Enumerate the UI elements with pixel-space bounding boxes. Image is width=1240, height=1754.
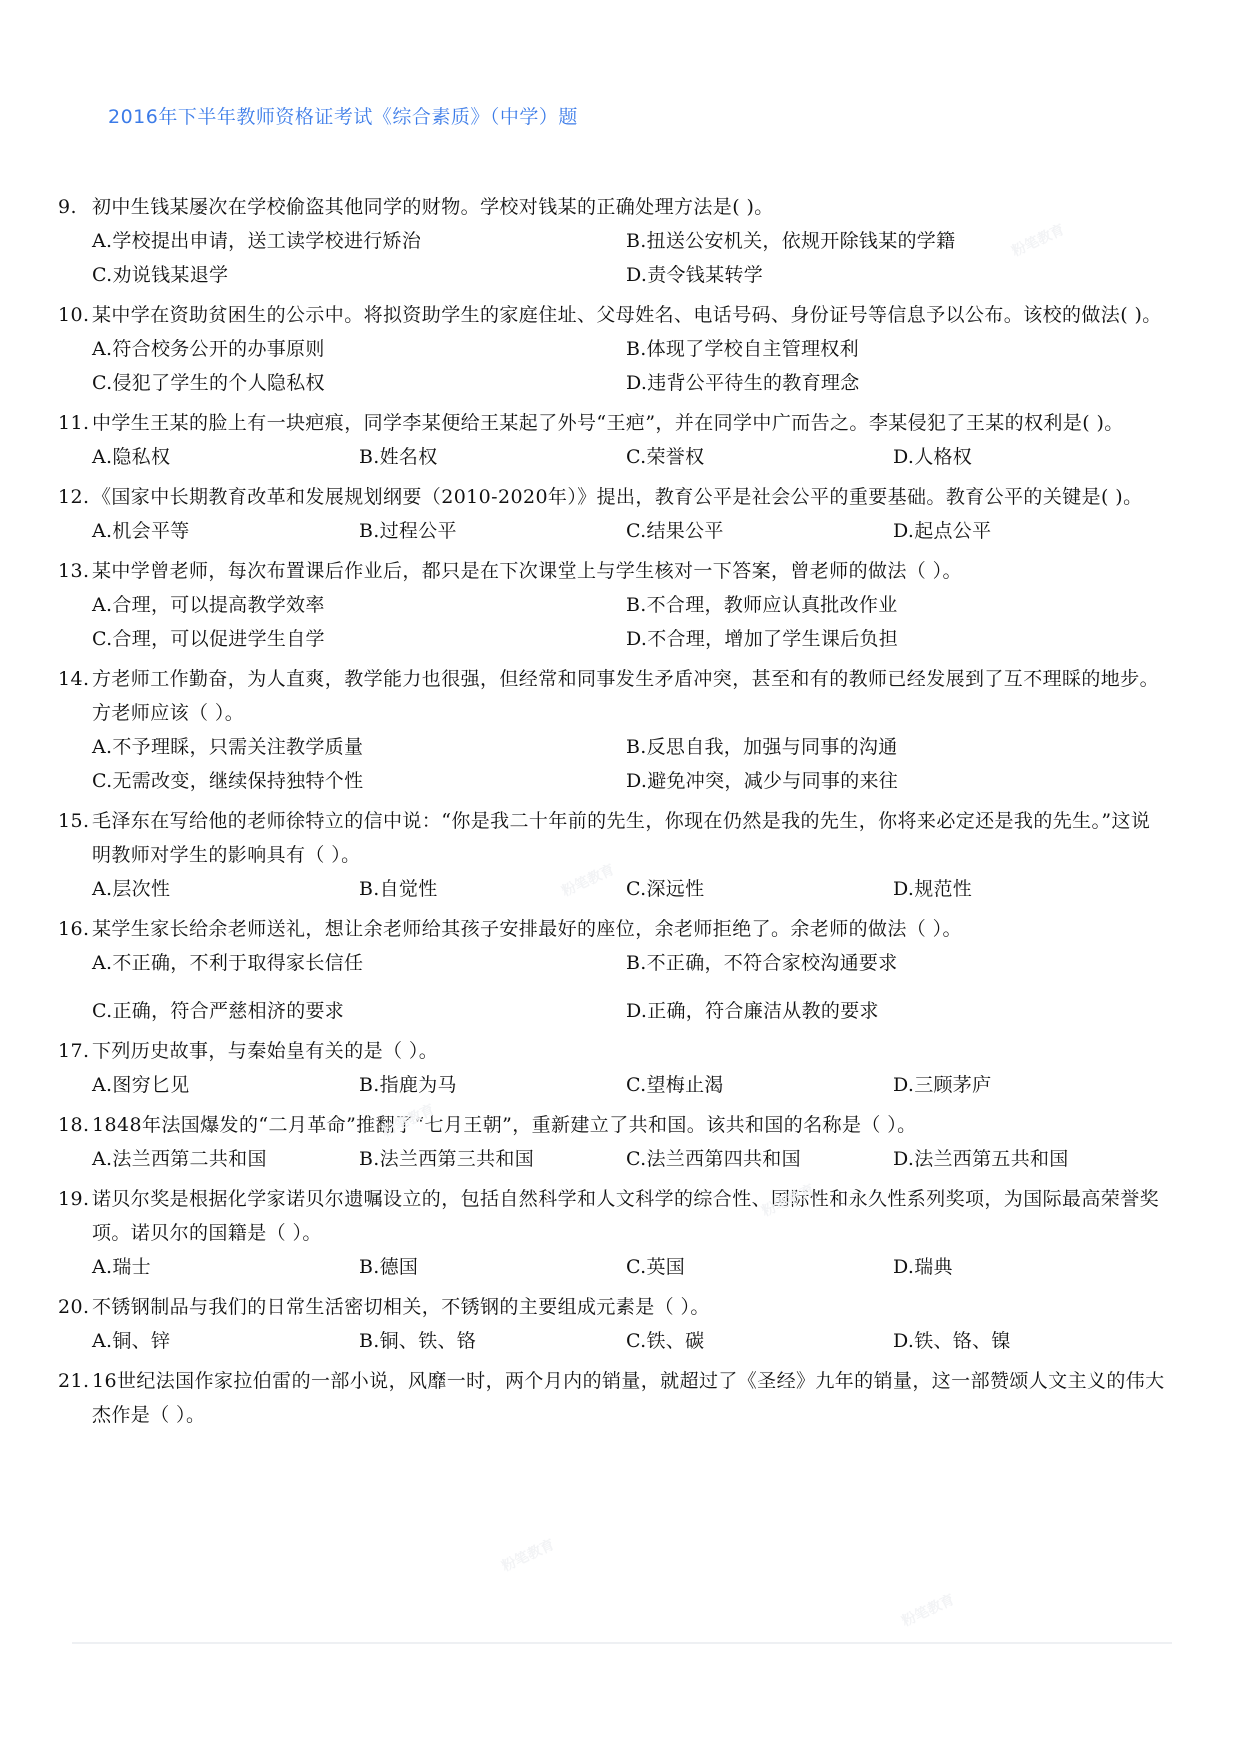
option-c: C.法兰西第四共和国 [626, 1142, 893, 1176]
option-group: A.瑞士 B.德国 C.英国 D.瑞典 [58, 1250, 1168, 1284]
question-stem: 18.1848年法国爆发的“二月革命”推翻了“七月王朝”，重新建立了共和国。该共… [58, 1108, 1168, 1142]
question-stem: 13.某中学曾老师，每次布置课后作业后，都只是在下次课堂上与学生核对一下答案，曾… [58, 554, 1168, 588]
option-a: A.图穷匕见 [92, 1068, 359, 1102]
question-12: 12.《国家中长期教育改革和发展规划纲要（2010-2020年）》提出，教育公平… [58, 480, 1168, 548]
question-14: 14.方老师工作勤奋，为人直爽，教学能力也很强，但经常和同事发生矛盾冲突，甚至和… [58, 662, 1168, 798]
option-a: A.法兰西第二共和国 [92, 1142, 359, 1176]
option-d: D.起点公平 [893, 514, 1160, 548]
question-text: 某中学曾老师，每次布置课后作业后，都只是在下次课堂上与学生核对一下答案，曾老师的… [92, 560, 962, 582]
question-19: 19.诺贝尔奖是根据化学家诺贝尔遗嘱设立的，包括自然科学和人文科学的综合性、国际… [58, 1182, 1168, 1284]
option-d: D.责令钱某转学 [626, 258, 1160, 292]
question-21: 21.16世纪法国作家拉伯雷的一部小说，风靡一时，两个月内的销量，就超过了《圣经… [58, 1364, 1168, 1432]
option-group: A.法兰西第二共和国 B.法兰西第三共和国 C.法兰西第四共和国 D.法兰西第五… [58, 1142, 1168, 1176]
option-d: D.不合理，增加了学生课后负担 [626, 622, 1160, 656]
question-number: 14. [58, 662, 92, 696]
option-a: A.合理，可以提高教学效率 [92, 588, 626, 622]
option-c: C.望梅止渴 [626, 1068, 893, 1102]
option-group: A.隐私权 B.姓名权 C.荣誉权 D.人格权 [58, 440, 1168, 474]
option-a: A.不予理睬，只需关注教学质量 [92, 730, 626, 764]
question-text: 16世纪法国作家拉伯雷的一部小说，风靡一时，两个月内的销量，就超过了《圣经》九年… [92, 1370, 1165, 1426]
question-18: 18.1848年法国爆发的“二月革命”推翻了“七月王朝”，重新建立了共和国。该共… [58, 1108, 1168, 1176]
option-d: D.三顾茅庐 [893, 1068, 1160, 1102]
option-a: A.不正确，不利于取得家长信任 [92, 946, 626, 980]
option-group: A.铜、锌 B.铜、铁、铬 C.铁、碳 D.铁、铬、镍 [58, 1324, 1168, 1358]
option-a: A.机会平等 [92, 514, 359, 548]
question-stem: 10.某中学在资助贫困生的公示中。将拟资助学生的家庭住址、父母姓名、电话号码、身… [58, 298, 1168, 332]
question-stem: 12.《国家中长期教育改革和发展规划纲要（2010-2020年）》提出，教育公平… [58, 480, 1168, 514]
option-d: D.人格权 [893, 440, 1160, 474]
question-number: 13. [58, 554, 92, 588]
question-15: 15.毛泽东在写给他的老师徐特立的信中说：“你是我二十年前的先生，你现在仍然是我… [58, 804, 1168, 906]
option-c: C.侵犯了学生的个人隐私权 [92, 366, 626, 400]
option-c: C.劝说钱某退学 [92, 258, 626, 292]
option-d: D.规范性 [893, 872, 1160, 906]
question-stem: 20.不锈钢制品与我们的日常生活密切相关，不锈钢的主要组成元素是（ ）。 [58, 1290, 1168, 1324]
option-group: A.学校提出申请，送工读学校进行矫治 B.扭送公安机关，依规开除钱某的学籍 C.… [58, 224, 1168, 292]
option-group: A.层次性 B.自觉性 C.深远性 D.规范性 [58, 872, 1168, 906]
watermark: 粉笔教育 [898, 1589, 957, 1631]
option-group: A.机会平等 B.过程公平 C.结果公平 D.起点公平 [58, 514, 1168, 548]
option-b: B.体现了学校自主管理权利 [626, 332, 1160, 366]
question-number: 17. [58, 1034, 92, 1068]
question-17: 17.下列历史故事，与秦始皇有关的是（ ）。 A.图穷匕见 B.指鹿为马 C.望… [58, 1034, 1168, 1102]
question-stem: 9.初中生钱某屡次在学校偷盗其他同学的财物。学校对钱某的正确处理方法是( )。 [58, 190, 1168, 224]
option-b: B.自觉性 [359, 872, 626, 906]
option-a: A.隐私权 [92, 440, 359, 474]
question-number: 20. [58, 1290, 92, 1324]
option-a: A.铜、锌 [92, 1324, 359, 1358]
question-text: 某学生家长给余老师送礼，想让余老师给其孩子安排最好的座位，余老师拒绝了。余老师的… [92, 918, 962, 940]
question-text: 初中生钱某屡次在学校偷盗其他同学的财物。学校对钱某的正确处理方法是( )。 [92, 196, 774, 218]
question-stem: 14.方老师工作勤奋，为人直爽，教学能力也很强，但经常和同事发生矛盾冲突，甚至和… [58, 662, 1168, 730]
option-group: A.图穷匕见 B.指鹿为马 C.望梅止渴 D.三顾茅庐 [58, 1068, 1168, 1102]
option-group: A.符合校务公开的办事原则 B.体现了学校自主管理权利 C.侵犯了学生的个人隐私… [58, 332, 1168, 400]
option-d: D.避免冲突，减少与同事的来往 [626, 764, 1160, 798]
question-list: 9.初中生钱某屡次在学校偷盗其他同学的财物。学校对钱某的正确处理方法是( )。 … [58, 190, 1168, 1432]
option-c: C.深远性 [626, 872, 893, 906]
question-number: 19. [58, 1182, 92, 1216]
question-number: 15. [58, 804, 92, 838]
option-b: B.反思自我，加强与同事的沟通 [626, 730, 1160, 764]
option-c: C.正确，符合严慈相济的要求 [92, 994, 626, 1028]
question-number: 10. [58, 298, 92, 332]
option-a: A.层次性 [92, 872, 359, 906]
question-20: 20.不锈钢制品与我们的日常生活密切相关，不锈钢的主要组成元素是（ ）。 A.铜… [58, 1290, 1168, 1358]
option-c: C.结果公平 [626, 514, 893, 548]
option-c: C.无需改变，继续保持独特个性 [92, 764, 626, 798]
question-text: 下列历史故事，与秦始皇有关的是（ ）。 [92, 1040, 438, 1062]
option-c: C.荣誉权 [626, 440, 893, 474]
option-b: B.姓名权 [359, 440, 626, 474]
question-number: 18. [58, 1108, 92, 1142]
question-9: 9.初中生钱某屡次在学校偷盗其他同学的财物。学校对钱某的正确处理方法是( )。 … [58, 190, 1168, 292]
question-stem: 19.诺贝尔奖是根据化学家诺贝尔遗嘱设立的，包括自然科学和人文科学的综合性、国际… [58, 1182, 1168, 1250]
option-c: C.铁、碳 [626, 1324, 893, 1358]
question-text: 中学生王某的脸上有一块疤痕，同学李某便给王某起了外号“王疤”，并在同学中广而告之… [92, 412, 1124, 434]
option-b: B.不合理，教师应认真批改作业 [626, 588, 1160, 622]
question-16: 16.某学生家长给余老师送礼，想让余老师给其孩子安排最好的座位，余老师拒绝了。余… [58, 912, 1168, 1028]
question-text: 1848年法国爆发的“二月革命”推翻了“七月王朝”，重新建立了共和国。该共和国的… [92, 1114, 917, 1136]
option-group: A.不予理睬，只需关注教学质量 B.反思自我，加强与同事的沟通 C.无需改变，继… [58, 730, 1168, 798]
question-number: 11. [58, 406, 92, 440]
question-number: 9. [58, 190, 92, 224]
question-stem: 16.某学生家长给余老师送礼，想让余老师给其孩子安排最好的座位，余老师拒绝了。余… [58, 912, 1168, 946]
page-bottom-divider [72, 1642, 1172, 1644]
question-text: 方老师工作勤奋，为人直爽，教学能力也很强，但经常和同事发生矛盾冲突，甚至和有的教… [92, 668, 1159, 724]
page-title: 2016年下半年教师资格证考试《综合素质》（中学）题 [108, 102, 578, 129]
question-text: 诺贝尔奖是根据化学家诺贝尔遗嘱设立的，包括自然科学和人文科学的综合性、国际性和永… [92, 1188, 1159, 1244]
question-13: 13.某中学曾老师，每次布置课后作业后，都只是在下次课堂上与学生核对一下答案，曾… [58, 554, 1168, 656]
question-text: 毛泽东在写给他的老师徐特立的信中说：“你是我二十年前的先生，你现在仍然是我的先生… [92, 810, 1150, 866]
option-c: C.英国 [626, 1250, 893, 1284]
option-d: D.违背公平待生的教育理念 [626, 366, 1160, 400]
option-b: B.指鹿为马 [359, 1068, 626, 1102]
option-a: A.瑞士 [92, 1250, 359, 1284]
option-b: B.铜、铁、铬 [359, 1324, 626, 1358]
question-10: 10.某中学在资助贫困生的公示中。将拟资助学生的家庭住址、父母姓名、电话号码、身… [58, 298, 1168, 400]
option-group: A.不正确，不利于取得家长信任 B.不正确，不符合家校沟通要求 C.正确，符合严… [58, 946, 1168, 1028]
option-c: C.合理，可以促进学生自学 [92, 622, 626, 656]
option-d: D.瑞典 [893, 1250, 1160, 1284]
option-a: A.符合校务公开的办事原则 [92, 332, 626, 366]
question-text: 某中学在资助贫困生的公示中。将拟资助学生的家庭住址、父母姓名、电话号码、身份证号… [92, 304, 1162, 326]
question-stem: 15.毛泽东在写给他的老师徐特立的信中说：“你是我二十年前的先生，你现在仍然是我… [58, 804, 1168, 872]
option-a: A.学校提出申请，送工读学校进行矫治 [92, 224, 626, 258]
question-number: 12. [58, 480, 92, 514]
option-b: B.德国 [359, 1250, 626, 1284]
question-text: 《国家中长期教育改革和发展规划纲要（2010-2020年）》提出，教育公平是社会… [92, 486, 1143, 508]
question-number: 16. [58, 912, 92, 946]
option-d: D.正确，符合廉洁从教的要求 [626, 994, 1160, 1028]
question-stem: 11.中学生王某的脸上有一块疤痕，同学李某便给王某起了外号“王疤”，并在同学中广… [58, 406, 1168, 440]
option-d: D.法兰西第五共和国 [893, 1142, 1160, 1176]
option-b: B.过程公平 [359, 514, 626, 548]
question-text: 不锈钢制品与我们的日常生活密切相关，不锈钢的主要组成元素是（ ）。 [92, 1296, 710, 1318]
question-stem: 21.16世纪法国作家拉伯雷的一部小说，风靡一时，两个月内的销量，就超过了《圣经… [58, 1364, 1168, 1432]
question-number: 21. [58, 1364, 92, 1398]
option-b: B.不正确，不符合家校沟通要求 [626, 946, 1160, 980]
question-stem: 17.下列历史故事，与秦始皇有关的是（ ）。 [58, 1034, 1168, 1068]
option-b: B.法兰西第三共和国 [359, 1142, 626, 1176]
watermark: 粉笔教育 [498, 1534, 557, 1576]
question-11: 11.中学生王某的脸上有一块疤痕，同学李某便给王某起了外号“王疤”，并在同学中广… [58, 406, 1168, 474]
option-b: B.扭送公安机关，依规开除钱某的学籍 [626, 224, 1160, 258]
option-group: A.合理，可以提高教学效率 B.不合理，教师应认真批改作业 C.合理，可以促进学… [58, 588, 1168, 656]
option-d: D.铁、铬、镍 [893, 1324, 1160, 1358]
